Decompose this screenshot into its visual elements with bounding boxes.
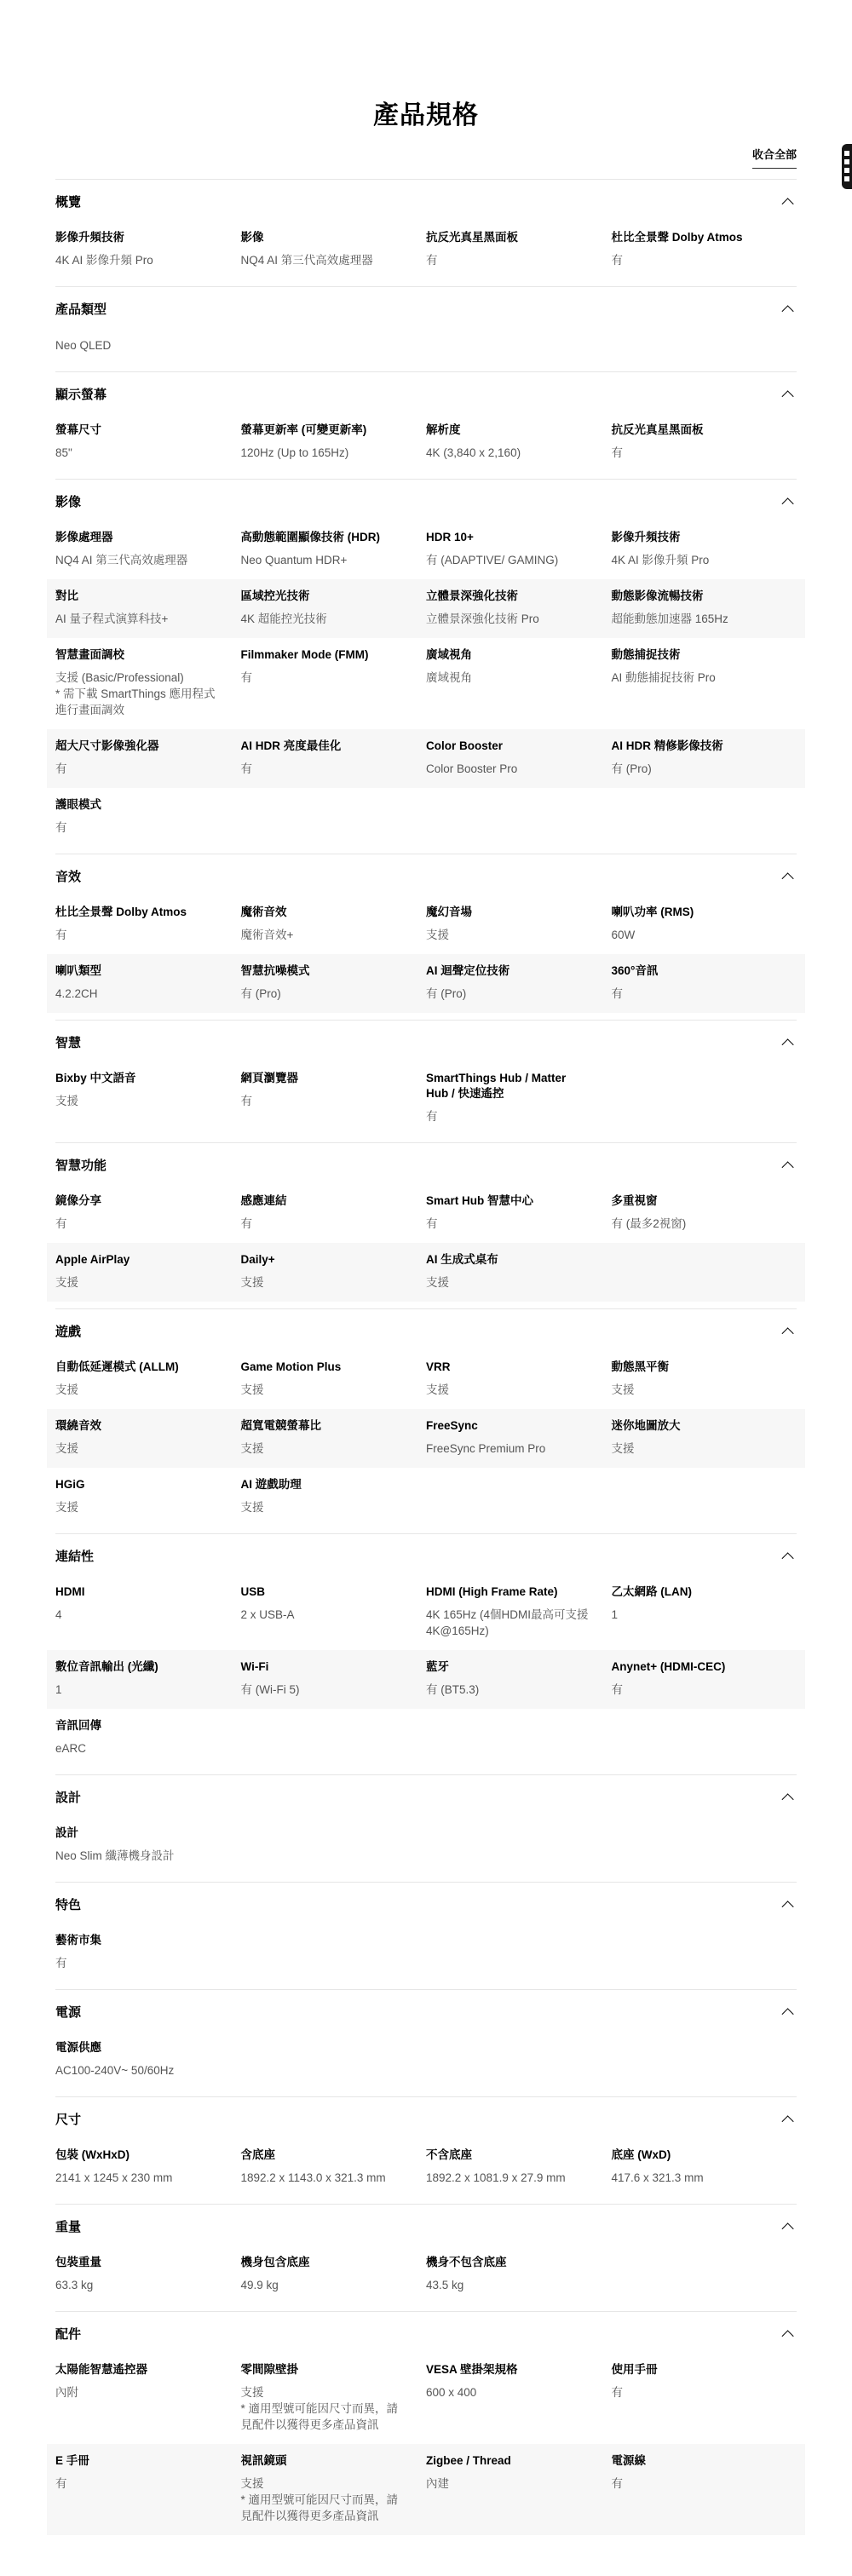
- spec-value: 支援: [426, 927, 590, 943]
- spec-label: 底座 (WxD): [612, 2148, 775, 2163]
- spec-section-overview: 概覽影像升頻技術4K AI 影像升頻 Pro影像NQ4 AI 第三代高效處理器抗…: [55, 179, 797, 286]
- spec-cell: 杜比全景聲 Dolby Atmos有: [612, 230, 797, 268]
- spec-value: 內建: [426, 2475, 590, 2492]
- spec-value: 有 (Pro): [241, 986, 405, 1002]
- spec-cell: AI HDR 亮度最佳化有: [241, 739, 427, 777]
- spec-value: AI 量子程式演算科技+: [55, 611, 219, 627]
- spec-cell: E 手冊有: [55, 2453, 241, 2524]
- spec-value: 4K (3,840 x 2,160): [426, 445, 590, 461]
- spec-label: 動態黑平衡: [612, 1360, 775, 1375]
- chevron-up-icon[interactable]: [782, 872, 794, 884]
- spec-label: E 手冊: [55, 2453, 219, 2469]
- spec-value: Neo Quantum HDR+: [241, 552, 405, 568]
- spec-value: 有 (ADAPTIVE/ GAMING): [426, 552, 590, 568]
- section-title: 智慧: [55, 1034, 81, 1053]
- spec-label: HDMI: [55, 1584, 219, 1600]
- spec-cell: HDR 10+有 (ADAPTIVE/ GAMING): [426, 530, 612, 568]
- spec-row: 音訊回傳eARC: [47, 1709, 805, 1768]
- spec-label: 影像升頻技術: [55, 230, 219, 245]
- chevron-up-icon[interactable]: [782, 1900, 794, 1912]
- spec-value: 支援 * 適用型號可能因尺寸而異，請見配件以獲得更多產品資訊: [241, 2384, 405, 2433]
- chevron-up-icon[interactable]: [782, 2222, 794, 2234]
- page-title: 產品規格: [55, 101, 797, 131]
- spec-row: 超大尺寸影像強化器有AI HDR 亮度最佳化有Color BoosterColo…: [47, 729, 805, 788]
- spec-label: 螢幕更新率 (可變更新率): [241, 423, 405, 438]
- spec-cell: 護眼模式有: [55, 797, 241, 836]
- spec-value: eARC: [55, 1740, 219, 1757]
- spec-label: 解析度: [426, 423, 590, 438]
- spec-cell: 360°音訊有: [612, 963, 797, 1002]
- spec-label: AI 遊戲助理: [241, 1477, 405, 1492]
- spec-label: FreeSync: [426, 1418, 590, 1434]
- spec-row: 包裝重量63.3 kg機身包含底座49.9 kg機身不包含底座43.5 kg: [47, 2245, 805, 2304]
- spec-value: 支援: [241, 1274, 405, 1291]
- spec-label: 影像: [241, 230, 405, 245]
- spec-cell: 感應連結有: [241, 1193, 427, 1232]
- spec-cell: 音訊回傳eARC: [55, 1718, 241, 1757]
- spec-value: 支援 (Basic/Professional) * 需下載 SmartThing…: [55, 670, 219, 718]
- spec-cell: 抗反光真星黑面板有: [426, 230, 612, 268]
- spec-section-audio: 音效杜比全景聲 Dolby Atmos有魔術音效魔術音效+魔幻音場支援喇叭功率 …: [55, 854, 797, 1020]
- spec-value: 支援: [55, 1440, 219, 1457]
- spec-label: AI 生成式桌布: [426, 1252, 590, 1268]
- spec-label: 迷你地圖放大: [612, 1418, 775, 1434]
- spec-cell: 螢幕尺寸85": [55, 423, 241, 461]
- section-header-connectivity[interactable]: 連結性: [55, 1548, 797, 1567]
- spec-label: 魔幻音場: [426, 905, 590, 920]
- spec-label: 喇叭功率 (RMS): [612, 905, 775, 920]
- spec-cell: 動態捕捉技術AI 動態捕捉技術 Pro: [612, 647, 797, 718]
- spec-row: 護眼模式有: [47, 788, 805, 847]
- spec-cell: 魔術音效魔術音效+: [241, 905, 427, 943]
- spec-label: VRR: [426, 1360, 590, 1375]
- section-header-gaming[interactable]: 遊戲: [55, 1323, 797, 1342]
- spec-cell: 太陽能智慧遙控器內附: [55, 2362, 241, 2433]
- spec-value: 內附: [55, 2384, 219, 2401]
- spec-cell: HDMI (High Frame Rate)4K 165Hz (4個HDMI最高…: [426, 1584, 612, 1639]
- spec-value: 1892.2 x 1143.0 x 321.3 mm: [241, 2170, 405, 2186]
- section-title: 遊戲: [55, 1323, 81, 1342]
- spec-label: 乙太網路 (LAN): [612, 1584, 775, 1600]
- chevron-up-icon[interactable]: [782, 2330, 794, 2342]
- spec-cell: Daily+支援: [241, 1252, 427, 1291]
- section-title: 尺寸: [55, 2111, 81, 2130]
- spec-value: 有: [55, 927, 219, 943]
- spec-label: 網頁瀏覽器: [241, 1071, 405, 1086]
- spec-label: 杜比全景聲 Dolby Atmos: [55, 905, 219, 920]
- spec-label: 智慧畫面調校: [55, 647, 219, 663]
- spec-row: 影像處理器NQ4 AI 第三代高效處理器高動態範圍顯像技術 (HDR)Neo Q…: [47, 520, 805, 579]
- spec-label: 包裝 (WxHxD): [55, 2148, 219, 2163]
- spec-value: 有: [426, 252, 590, 268]
- spec-row: 自動低延遲模式 (ALLM)支援Game Motion Plus支援VRR支援動…: [47, 1350, 805, 1409]
- section-title: 概覽: [55, 193, 81, 212]
- section-title: 設計: [55, 1789, 81, 1808]
- spec-cell: Bixby 中文語音支援: [55, 1071, 241, 1124]
- spec-label: 立體景深強化技術: [426, 589, 590, 604]
- spec-cell: 電源供應AC100-240V~ 50/60Hz: [55, 2040, 241, 2079]
- spec-value: 4: [55, 1607, 219, 1623]
- spec-label: Wi-Fi: [241, 1659, 405, 1675]
- spec-value: 支援: [55, 1093, 219, 1109]
- spec-row: 喇叭類型4.2.2CH智慧抗噪模式有 (Pro)AI 迴聲定位技術有 (Pro)…: [47, 954, 805, 1013]
- chevron-up-icon[interactable]: [782, 390, 794, 402]
- section-header-overview[interactable]: 概覽: [55, 193, 797, 212]
- spec-label: Bixby 中文語音: [55, 1071, 219, 1086]
- spec-label: 太陽能智慧遙控器: [55, 2362, 219, 2378]
- spec-label: HGiG: [55, 1477, 219, 1492]
- section-title: 連結性: [55, 1548, 94, 1567]
- spec-cell: Smart Hub 智慧中心有: [426, 1193, 612, 1232]
- collapse-all-link[interactable]: 收合全部: [752, 146, 797, 169]
- spec-cell: 區域控光技術4K 超能控光技術: [241, 589, 427, 627]
- section-header-features[interactable]: 特色: [55, 1896, 797, 1915]
- spec-label: 魔術音效: [241, 905, 405, 920]
- spec-label: HDMI (High Frame Rate): [426, 1584, 590, 1600]
- spec-label: 零間隙壁掛: [241, 2362, 405, 2378]
- spec-row: 設計Neo Slim 纖薄機身設計: [47, 1816, 805, 1875]
- spec-value: 有: [426, 1108, 590, 1124]
- spec-cell: 多重視窗有 (最多2視窗): [612, 1193, 797, 1232]
- spec-value: 魔術音效+: [241, 927, 405, 943]
- spec-cell: Neo QLED: [55, 337, 241, 354]
- spec-value: 有: [612, 986, 775, 1002]
- spec-cell: 乙太網路 (LAN)1: [612, 1584, 797, 1639]
- spec-value: 支援: [55, 1382, 219, 1398]
- spec-label: 廣域視角: [426, 647, 590, 663]
- spec-cell: VESA 壁掛架規格600 x 400: [426, 2362, 612, 2433]
- spec-row: 電源供應AC100-240V~ 50/60Hz: [47, 2031, 805, 2090]
- spec-value: Neo QLED: [55, 337, 219, 354]
- spec-label: 360°音訊: [612, 963, 775, 979]
- spec-cell: 不含底座1892.2 x 1081.9 x 27.9 mm: [426, 2148, 612, 2186]
- spec-cell: 包裝重量63.3 kg: [55, 2255, 241, 2293]
- spec-value: 120Hz (Up to 165Hz): [241, 445, 405, 461]
- spec-section-display: 顯示螢幕螢幕尺寸85"螢幕更新率 (可變更新率)120Hz (Up to 165…: [55, 371, 797, 479]
- spec-label: Filmmaker Mode (FMM): [241, 647, 405, 663]
- spec-label: 環繞音效: [55, 1418, 219, 1434]
- spec-value: 支援: [426, 1382, 590, 1398]
- spec-value: 49.9 kg: [241, 2277, 405, 2293]
- spec-label: 超大尺寸影像強化器: [55, 739, 219, 754]
- spec-label: 感應連結: [241, 1193, 405, 1209]
- spec-cell: Apple AirPlay支援: [55, 1252, 241, 1291]
- spec-section-smart: 智慧Bixby 中文語音支援網頁瀏覽器有SmartThings Hub / Ma…: [55, 1020, 797, 1142]
- chevron-up-icon[interactable]: [782, 2115, 794, 2127]
- spec-cell: 立體景深強化技術立體景深強化技術 Pro: [426, 589, 612, 627]
- section-header-picture[interactable]: 影像: [55, 493, 797, 512]
- spec-label: 影像升頻技術: [612, 530, 775, 545]
- spec-cell: 影像NQ4 AI 第三代高效處理器: [241, 230, 427, 268]
- spec-row: 鏡像分享有感應連結有Smart Hub 智慧中心有多重視窗有 (最多2視窗): [47, 1184, 805, 1243]
- spec-value: 有: [55, 1216, 219, 1232]
- spec-value: 有: [241, 670, 405, 686]
- spec-cell: 螢幕更新率 (可變更新率)120Hz (Up to 165Hz): [241, 423, 427, 461]
- spec-label: 藝術市集: [55, 1933, 219, 1948]
- section-header-design[interactable]: 設計: [55, 1789, 797, 1808]
- spec-label: 自動低延遲模式 (ALLM): [55, 1360, 219, 1375]
- spec-cell: 鏡像分享有: [55, 1193, 241, 1232]
- spec-value: 支援 * 適用型號可能因尺寸而異，請見配件以獲得更多產品資訊: [241, 2475, 405, 2524]
- spec-label: Smart Hub 智慧中心: [426, 1193, 590, 1209]
- section-header-product-type[interactable]: 產品類型: [55, 301, 797, 319]
- spec-cell: HGiG支援: [55, 1477, 241, 1515]
- section-title: 特色: [55, 1896, 81, 1915]
- spec-row: 包裝 (WxHxD)2141 x 1245 x 230 mm含底座1892.2 …: [47, 2138, 805, 2197]
- spec-value: 有: [612, 2475, 775, 2492]
- side-floating-tab[interactable]: [842, 144, 852, 189]
- chevron-up-icon[interactable]: [782, 1552, 794, 1564]
- spec-value: NQ4 AI 第三代高效處理器: [241, 252, 405, 268]
- spec-row: 杜比全景聲 Dolby Atmos有魔術音效魔術音效+魔幻音場支援喇叭功率 (R…: [47, 895, 805, 954]
- spec-label: Color Booster: [426, 739, 590, 754]
- spec-value: 1: [612, 1607, 775, 1623]
- spec-value: 4K 超能控光技術: [241, 611, 405, 627]
- spec-row: 螢幕尺寸85"螢幕更新率 (可變更新率)120Hz (Up to 165Hz)解…: [47, 413, 805, 472]
- chevron-up-icon[interactable]: [782, 497, 794, 509]
- spec-row: 智慧畫面調校支援 (Basic/Professional) * 需下載 Smar…: [47, 638, 805, 729]
- spec-value: 有: [241, 761, 405, 777]
- spec-cell: 喇叭功率 (RMS)60W: [612, 905, 797, 943]
- chevron-up-icon[interactable]: [782, 2008, 794, 2020]
- section-header-audio[interactable]: 音效: [55, 868, 797, 887]
- spec-cell: 影像升頻技術4K AI 影像升頻 Pro: [55, 230, 241, 268]
- spec-label: 使用手冊: [612, 2362, 775, 2378]
- section-title: 影像: [55, 493, 81, 512]
- section-title: 產品類型: [55, 301, 106, 319]
- spec-value: 有 (BT5.3): [426, 1682, 590, 1698]
- spec-cell: 影像處理器NQ4 AI 第三代高效處理器: [55, 530, 241, 568]
- spec-value: 支援: [241, 1499, 405, 1515]
- spec-label: 抗反光真星黑面板: [426, 230, 590, 245]
- spec-value: AC100-240V~ 50/60Hz: [55, 2062, 219, 2079]
- spec-section-product-type: 產品類型Neo QLED: [55, 286, 797, 371]
- spec-cell: 網頁瀏覽器有: [241, 1071, 427, 1124]
- spec-label: 螢幕尺寸: [55, 423, 219, 438]
- spec-label: Apple AirPlay: [55, 1252, 219, 1268]
- spec-label: 包裝重量: [55, 2255, 219, 2270]
- section-title: 配件: [55, 2326, 81, 2344]
- spec-label: AI HDR 精修影像技術: [612, 739, 775, 754]
- spec-cell: AI 遊戲助理支援: [241, 1477, 427, 1515]
- chevron-up-icon[interactable]: [782, 1038, 794, 1050]
- spec-value: 有: [55, 1955, 219, 1971]
- chevron-up-icon[interactable]: [782, 1161, 794, 1173]
- spec-value: 支援: [426, 1274, 590, 1291]
- spec-label: 護眼模式: [55, 797, 219, 813]
- chevron-up-icon[interactable]: [782, 1327, 794, 1339]
- spec-value: 有: [241, 1216, 405, 1232]
- spec-section-smart-features: 智慧功能鏡像分享有感應連結有Smart Hub 智慧中心有多重視窗有 (最多2視…: [55, 1142, 797, 1308]
- spec-cell: 廣域視角廣域視角: [426, 647, 612, 718]
- chevron-up-icon[interactable]: [782, 305, 794, 317]
- spec-row: 環繞音效支援超寬電競螢幕比支援FreeSyncFreeSync Premium …: [47, 1409, 805, 1468]
- section-header-smart-features[interactable]: 智慧功能: [55, 1157, 797, 1176]
- spec-cell: 魔幻音場支援: [426, 905, 612, 943]
- spec-value: 支援: [241, 1382, 405, 1398]
- spec-value: 有: [612, 252, 775, 268]
- section-header-display[interactable]: 顯示螢幕: [55, 386, 797, 405]
- spec-cell: 設計Neo Slim 纖薄機身設計: [55, 1826, 241, 1864]
- spec-value: 有 (Wi-Fi 5): [241, 1682, 405, 1698]
- spec-cell: 動態黑平衡支援: [612, 1360, 797, 1398]
- spec-cell: 機身包含底座49.9 kg: [241, 2255, 427, 2293]
- spec-cell: HDMI4: [55, 1584, 241, 1639]
- spec-cell: 藝術市集有: [55, 1933, 241, 1971]
- spec-label: 電源線: [612, 2453, 775, 2469]
- spec-section-dimensions: 尺寸包裝 (WxHxD)2141 x 1245 x 230 mm含底座1892.…: [55, 2096, 797, 2204]
- section-header-power[interactable]: 電源: [55, 2004, 797, 2022]
- spec-value: 2 x USB-A: [241, 1607, 405, 1623]
- product-spec-page: 產品規格 收合全部 概覽影像升頻技術4K AI 影像升頻 Pro影像NQ4 AI…: [0, 0, 852, 2576]
- spec-label: Game Motion Plus: [241, 1360, 405, 1375]
- spec-cell: 底座 (WxD)417.6 x 321.3 mm: [612, 2148, 797, 2186]
- spec-section-design: 設計設計Neo Slim 纖薄機身設計: [55, 1774, 797, 1882]
- section-header-accessories[interactable]: 配件: [55, 2326, 797, 2344]
- spec-value: 有 (最多2視窗): [612, 1216, 775, 1232]
- spec-value: 63.3 kg: [55, 2277, 219, 2293]
- spec-cell: 藍牙有 (BT5.3): [426, 1659, 612, 1698]
- spec-value: 60W: [612, 927, 775, 943]
- spec-cell: 含底座1892.2 x 1143.0 x 321.3 mm: [241, 2148, 427, 2186]
- spec-section-gaming: 遊戲自動低延遲模式 (ALLM)支援Game Motion Plus支援VRR支…: [55, 1308, 797, 1533]
- spec-row: HGiG支援AI 遊戲助理支援: [47, 1468, 805, 1527]
- spec-section-features: 特色藝術市集有: [55, 1882, 797, 1989]
- spec-row: Bixby 中文語音支援網頁瀏覽器有SmartThings Hub / Matt…: [47, 1061, 805, 1136]
- spec-value: 有: [55, 2475, 219, 2492]
- spec-section-power: 電源電源供應AC100-240V~ 50/60Hz: [55, 1989, 797, 2096]
- section-header-weight[interactable]: 重量: [55, 2218, 797, 2237]
- spec-label: AI HDR 亮度最佳化: [241, 739, 405, 754]
- spec-value: 有: [426, 1216, 590, 1232]
- spec-cell: Color BoosterColor Booster Pro: [426, 739, 612, 777]
- spec-value: 支援: [241, 1440, 405, 1457]
- spec-value: 1892.2 x 1081.9 x 27.9 mm: [426, 2170, 590, 2186]
- spec-section-accessories: 配件太陽能智慧遙控器內附零間隙壁掛支援 * 適用型號可能因尺寸而異，請見配件以獲…: [55, 2311, 797, 2542]
- spec-cell: Wi-Fi有 (Wi-Fi 5): [241, 1659, 427, 1698]
- spec-cell: 使用手冊有: [612, 2362, 797, 2433]
- spec-value: 43.5 kg: [426, 2277, 590, 2293]
- spec-value: 有: [612, 445, 775, 461]
- spec-label: 高動態範圍顯像技術 (HDR): [241, 530, 405, 545]
- spec-cell: 解析度4K (3,840 x 2,160): [426, 423, 612, 461]
- spec-cell: SmartThings Hub / Matter Hub / 快速遙控有: [426, 1071, 612, 1124]
- spec-cell: 超寬電競螢幕比支援: [241, 1418, 427, 1457]
- spec-value: 有 (Pro): [426, 986, 590, 1002]
- spec-label: 視訊鏡頭: [241, 2453, 405, 2469]
- spec-value: 4.2.2CH: [55, 986, 219, 1002]
- spec-label: 設計: [55, 1826, 219, 1841]
- spec-label: 智慧抗噪模式: [241, 963, 405, 979]
- spec-label: 區域控光技術: [241, 589, 405, 604]
- spec-value: FreeSync Premium Pro: [426, 1440, 590, 1457]
- spec-section-weight: 重量包裝重量63.3 kg機身包含底座49.9 kg機身不包含底座43.5 kg: [55, 2204, 797, 2311]
- spec-label: 動態捕捉技術: [612, 647, 775, 663]
- spec-value: 4K 165Hz (4個HDMI最高可支援4K@165Hz): [426, 1607, 590, 1639]
- spec-value: 立體景深強化技術 Pro: [426, 611, 590, 627]
- spec-label: 喇叭類型: [55, 963, 219, 979]
- spec-value: 廣域視角: [426, 670, 590, 686]
- spec-value: 85": [55, 445, 219, 461]
- section-header-smart[interactable]: 智慧: [55, 1034, 797, 1053]
- spec-label: VESA 壁掛架規格: [426, 2362, 590, 2378]
- spec-cell: 自動低延遲模式 (ALLM)支援: [55, 1360, 241, 1398]
- spec-value: AI 動態捕捉技術 Pro: [612, 670, 775, 686]
- spec-sections: 概覽影像升頻技術4K AI 影像升頻 Pro影像NQ4 AI 第三代高效處理器抗…: [55, 179, 797, 2542]
- page-header: 產品規格 收合全部: [55, 101, 797, 179]
- spec-value: 1: [55, 1682, 219, 1698]
- spec-section-picture: 影像影像處理器NQ4 AI 第三代高效處理器高動態範圍顯像技術 (HDR)Neo…: [55, 479, 797, 854]
- spec-cell: AI 生成式桌布支援: [426, 1252, 612, 1291]
- spec-value: Color Booster Pro: [426, 761, 590, 777]
- spec-value: 有: [612, 1682, 775, 1698]
- spec-cell: 高動態範圍顯像技術 (HDR)Neo Quantum HDR+: [241, 530, 427, 568]
- spec-value: 支援: [55, 1274, 219, 1291]
- spec-cell: 迷你地圖放大支援: [612, 1418, 797, 1457]
- spec-value: 超能動態加速器 165Hz: [612, 611, 775, 627]
- spec-value: 有: [241, 1093, 405, 1109]
- spec-cell: 動態影像流暢技術超能動態加速器 165Hz: [612, 589, 797, 627]
- chevron-up-icon[interactable]: [782, 198, 794, 210]
- spec-label: 超寬電競螢幕比: [241, 1418, 405, 1434]
- spec-value: 有: [55, 761, 219, 777]
- section-header-dimensions[interactable]: 尺寸: [55, 2111, 797, 2130]
- section-title: 重量: [55, 2218, 81, 2237]
- spec-label: 機身包含底座: [241, 2255, 405, 2270]
- spec-label: 含底座: [241, 2148, 405, 2163]
- side-tab-text-marks: [844, 151, 849, 182]
- spec-cell: FreeSyncFreeSync Premium Pro: [426, 1418, 612, 1457]
- section-title: 音效: [55, 868, 81, 887]
- section-title: 顯示螢幕: [55, 386, 106, 405]
- spec-cell: 抗反光真星黑面板有: [612, 423, 797, 461]
- spec-cell: 機身不包含底座43.5 kg: [426, 2255, 612, 2293]
- section-title: 智慧功能: [55, 1157, 106, 1176]
- spec-cell: Game Motion Plus支援: [241, 1360, 427, 1398]
- spec-value: 支援: [612, 1440, 775, 1457]
- spec-row: Neo QLED: [47, 328, 805, 365]
- spec-row: 藝術市集有: [47, 1923, 805, 1982]
- spec-cell: 視訊鏡頭支援 * 適用型號可能因尺寸而異，請見配件以獲得更多產品資訊: [241, 2453, 427, 2524]
- spec-value: 4K AI 影像升頻 Pro: [55, 252, 219, 268]
- chevron-up-icon[interactable]: [782, 1793, 794, 1805]
- spec-value: 支援: [55, 1499, 219, 1515]
- spec-cell: Anynet+ (HDMI-CEC)有: [612, 1659, 797, 1698]
- spec-label: 影像處理器: [55, 530, 219, 545]
- spec-value: 2141 x 1245 x 230 mm: [55, 2170, 219, 2186]
- spec-cell: 智慧抗噪模式有 (Pro): [241, 963, 427, 1002]
- spec-label: AI 迴聲定位技術: [426, 963, 590, 979]
- spec-section-connectivity: 連結性HDMI4USB2 x USB-AHDMI (High Frame Rat…: [55, 1533, 797, 1774]
- spec-cell: 對比AI 量子程式演算科技+: [55, 589, 241, 627]
- spec-label: 抗反光真星黑面板: [612, 423, 775, 438]
- spec-value: Neo Slim 纖薄機身設計: [55, 1848, 219, 1864]
- spec-cell: 超大尺寸影像強化器有: [55, 739, 241, 777]
- spec-row: 太陽能智慧遙控器內附零間隙壁掛支援 * 適用型號可能因尺寸而異，請見配件以獲得更…: [47, 2353, 805, 2444]
- spec-cell: 杜比全景聲 Dolby Atmos有: [55, 905, 241, 943]
- spec-cell: 環繞音效支援: [55, 1418, 241, 1457]
- spec-cell: Filmmaker Mode (FMM)有: [241, 647, 427, 718]
- spec-cell: USB2 x USB-A: [241, 1584, 427, 1639]
- spec-cell: 零間隙壁掛支援 * 適用型號可能因尺寸而異，請見配件以獲得更多產品資訊: [241, 2362, 427, 2433]
- spec-label: 不含底座: [426, 2148, 590, 2163]
- spec-value: NQ4 AI 第三代高效處理器: [55, 552, 219, 568]
- spec-label: USB: [241, 1584, 405, 1600]
- spec-label: 動態影像流暢技術: [612, 589, 775, 604]
- spec-row: 對比AI 量子程式演算科技+區域控光技術4K 超能控光技術立體景深強化技術立體景…: [47, 579, 805, 638]
- spec-row: HDMI4USB2 x USB-AHDMI (High Frame Rate)4…: [47, 1575, 805, 1650]
- spec-value: 支援: [612, 1382, 775, 1398]
